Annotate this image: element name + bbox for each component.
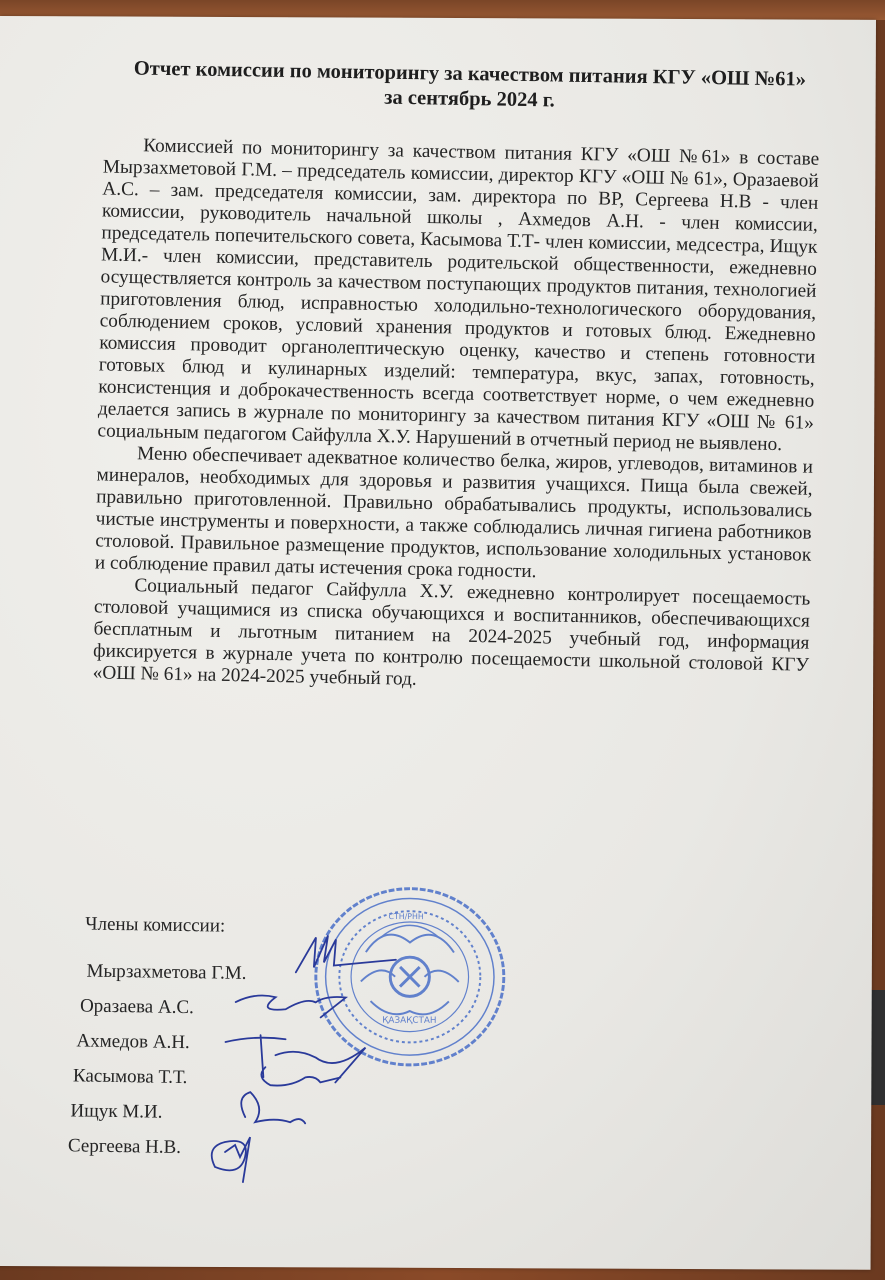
paragraph-menu: Меню обеспечивает адекватное количество … (95, 442, 814, 588)
document-page: Отчет комиссии по мониторингу за качеств… (0, 16, 876, 1270)
signatures (195, 917, 416, 1188)
signature-akhmedov-icon (225, 1035, 365, 1083)
paragraph-social-pedagogue: Социальный педагог Сайфулла Х.У. ежеднев… (92, 574, 810, 698)
paragraph-commission: Комиссией по мониторингу за качеством пи… (97, 134, 819, 456)
signature-sergeeva-icon (212, 1137, 251, 1182)
signature-ishchuk-icon (241, 1092, 305, 1123)
signature-myrzakhmetova-icon (296, 935, 396, 972)
report-body: Комиссией по мониторингу за качеством пи… (92, 134, 819, 698)
document-title: Отчет комиссии по мониторингу за качеств… (99, 56, 840, 118)
signature-orazaeva-icon (236, 995, 346, 1017)
signature-kasymova-icon (261, 1067, 340, 1086)
